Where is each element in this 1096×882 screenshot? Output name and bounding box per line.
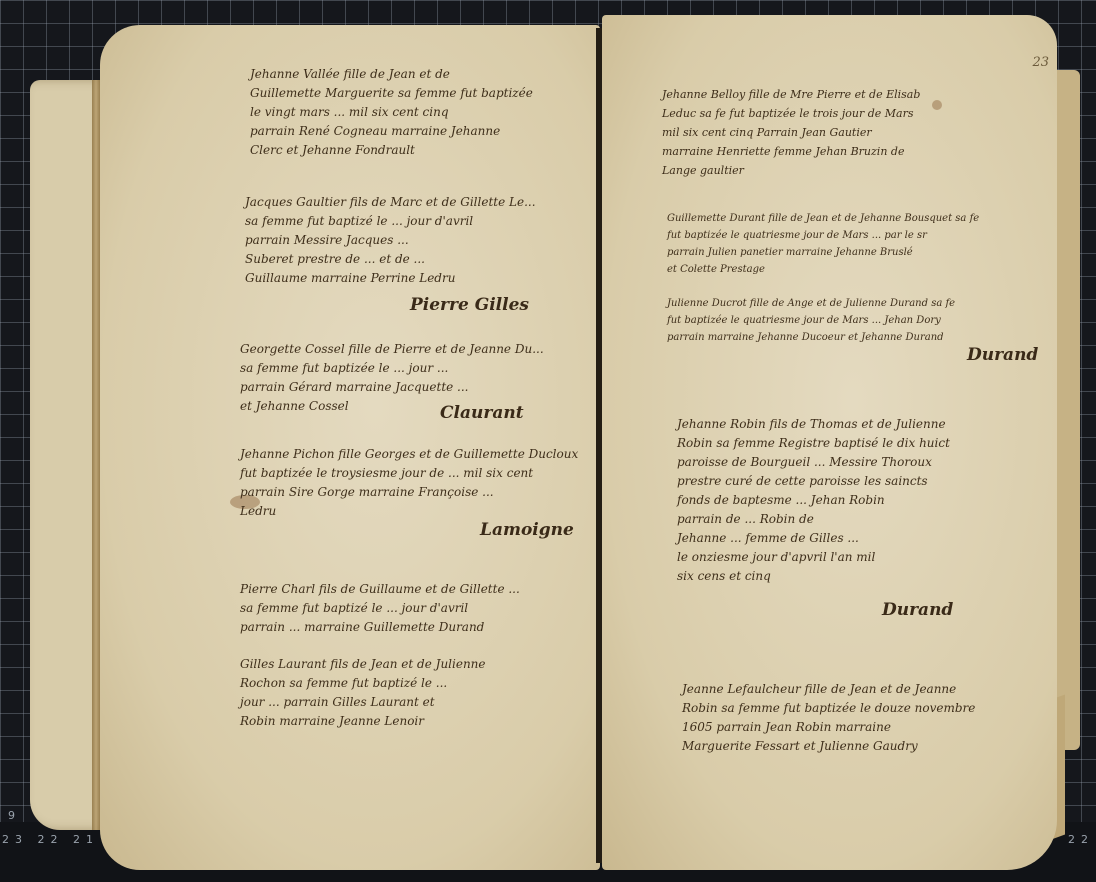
entry-line: Julienne Ducrot fille de Ange et de Juli… [667, 295, 955, 312]
entry-line: parrain Julien panetier marraine Jehanne… [667, 244, 979, 261]
entry-line: parrain Gérard marraine Jacquette ... [240, 378, 544, 397]
baptism-entry: Julienne Ducrot fille de Ange et de Juli… [667, 295, 955, 346]
entry-line: le onziesme jour d'apvril l'an mil [677, 548, 950, 567]
entry-line: Jehanne Belloy fille de Mre Pierre et de… [662, 85, 920, 104]
entry-line: fonds de baptesme ... Jehan Robin [677, 491, 950, 510]
entry-line: marraine Henriette femme Jehan Bruzin de [662, 142, 920, 161]
entry-line: parrain Messire Jacques ... [245, 231, 536, 250]
entry-line: Leduc sa fe fut baptizée le trois jour d… [662, 104, 920, 123]
entry-line: mil six cent cinq Parrain Jean Gautier [662, 123, 920, 142]
signature: Claurant [440, 403, 524, 423]
baptism-entry: Jehanne Belloy fille de Mre Pierre et de… [662, 85, 920, 180]
entry-line: Marguerite Fessart et Julienne Gaudry [682, 737, 975, 756]
ink-spot [932, 100, 942, 110]
signature: Durand [967, 345, 1038, 365]
entry-line: Jacques Gaultier fils de Marc et de Gill… [245, 193, 536, 212]
signature: Durand [882, 600, 953, 620]
entry-line: le vingt mars ... mil six cent cinq [250, 103, 533, 122]
page-number: 23 [1032, 55, 1049, 70]
baptism-entry: Jacques Gaultier fils de Marc et de Gill… [245, 193, 536, 288]
baptism-entry: Jehanne Pichon fille Georges et de Guill… [240, 445, 578, 521]
entry-line: jour ... parrain Gilles Laurant et [240, 693, 486, 712]
entry-line: parrain René Cogneau marraine Jehanne [250, 122, 533, 141]
entry-line: sa femme fut baptizé le ... jour d'avril [245, 212, 536, 231]
entry-line: parrain Sire Gorge marraine Françoise ..… [240, 483, 578, 502]
entry-line: Jeanne Lefaulcheur fille de Jean et de J… [682, 680, 975, 699]
entry-line: Suberet prestre de ... et de ... [245, 250, 536, 269]
baptism-entry: Jehanne Robin fils de Thomas et de Julie… [677, 415, 950, 586]
entry-line: Robin marraine Jeanne Lenoir [240, 712, 486, 731]
entry-line: Guillemette Marguerite sa femme fut bapt… [250, 84, 533, 103]
left-page: Jehanne Vallée fille de Jean et de Guill… [100, 25, 600, 870]
entry-line: Guillemette Durant fille de Jean et de J… [667, 210, 979, 227]
entry-line: Robin sa femme fut baptizée le douze nov… [682, 699, 975, 718]
entry-line: Jehanne Robin fils de Thomas et de Julie… [677, 415, 950, 434]
entry-line: Pierre Charl fils de Guillaume et de Gil… [240, 580, 520, 599]
entry-line: prestre curé de cette paroisse les sainc… [677, 472, 950, 491]
entry-line: Georgette Cossel fille de Pierre et de J… [240, 340, 544, 359]
baptism-entry: Guillemette Durant fille de Jean et de J… [667, 210, 979, 278]
open-register-book: Jehanne Vallée fille de Jean et de Guill… [20, 10, 1090, 870]
baptism-entry: Gilles Laurant fils de Jean et de Julien… [240, 655, 486, 731]
signature: Pierre Gilles [410, 295, 529, 315]
entry-line: sa femme fut baptizé le ... jour d'avril [240, 599, 520, 618]
entry-line: Clerc et Jehanne Fondrault [250, 141, 533, 160]
entry-line: Lange gaultier [662, 161, 920, 180]
entry-line: parrain de ... Robin de [677, 510, 950, 529]
entry-line: parrain marraine Jehanne Ducoeur et Jeha… [667, 329, 955, 346]
entry-line: et Colette Prestage [667, 261, 979, 278]
baptism-entry: Pierre Charl fils de Guillaume et de Gil… [240, 580, 520, 637]
entry-line: Jehanne Vallée fille de Jean et de [250, 65, 533, 84]
right-page-edge [1055, 70, 1080, 750]
entry-line: Guillaume marraine Perrine Ledru [245, 269, 536, 288]
entry-line: six cens et cinq [677, 567, 950, 586]
entry-line: 1605 parrain Jean Robin marraine [682, 718, 975, 737]
baptism-entry: Jeanne Lefaulcheur fille de Jean et de J… [682, 680, 975, 756]
ruler-mark-left: 9 [8, 809, 15, 822]
entry-line: parrain ... marraine Guillemette Durand [240, 618, 520, 637]
entry-line: Rochon sa femme fut baptizé le ... [240, 674, 486, 693]
entry-line: fut baptizée le quatriesme jour de Mars … [667, 227, 979, 244]
entry-line: fut baptizée le quatriesme jour de Mars … [667, 312, 955, 329]
entry-line: Jehanne ... femme de Gilles ... [677, 529, 950, 548]
entry-line: Robin sa femme Registre baptisé le dix h… [677, 434, 950, 453]
entry-line: Gilles Laurant fils de Jean et de Julien… [240, 655, 486, 674]
entry-line: sa femme fut baptizée le ... jour ... [240, 359, 544, 378]
entry-line: fut baptizée le troysiesme jour de ... m… [240, 464, 578, 483]
entry-line: paroisse de Bourgueil ... Messire Thorou… [677, 453, 950, 472]
entry-line: Ledru [240, 502, 578, 521]
right-page: 23 Jehanne Belloy fille de Mre Pierre et… [602, 15, 1057, 870]
entry-line: Jehanne Pichon fille Georges et de Guill… [240, 445, 578, 464]
signature: Lamoigne [480, 520, 574, 540]
baptism-entry: Jehanne Vallée fille de Jean et de Guill… [250, 65, 533, 160]
